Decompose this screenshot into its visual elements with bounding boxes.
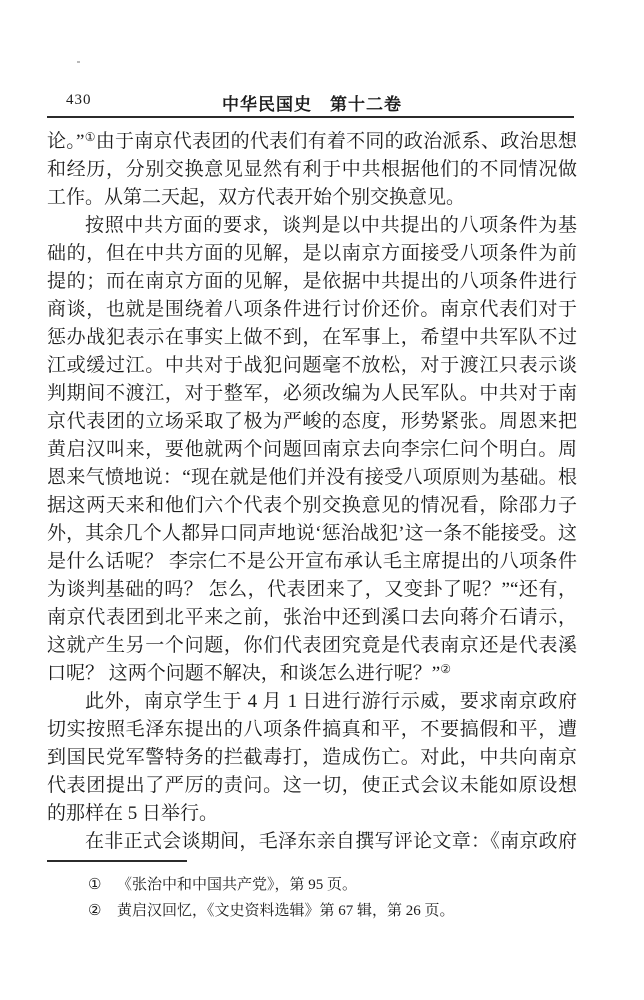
footnotes: ①《张治中和中国共产党》，第 95 页。②黄启汉回忆，《文史资料选辑》第 67 … xyxy=(47,872,577,924)
footnote-text: 黄启汉回忆，《文史资料选辑》第 67 辑，第 26 页。 xyxy=(117,898,577,924)
footnote-divider xyxy=(47,860,187,862)
footnote-ref: ① xyxy=(84,130,95,144)
book-page: 430 中华民国史 第十二卷 论。”①由于南京代表团的代表们有着不同的政治派系、… xyxy=(0,0,644,1000)
scan-artifact-dot xyxy=(77,61,80,63)
running-title: 中华民国史 第十二卷 xyxy=(47,90,577,115)
footnote-item: ②黄启汉回忆，《文史资料选辑》第 67 辑，第 26 页。 xyxy=(47,898,577,924)
paragraph: 此外，南京学生于 4 月 1 日进行游行示威，要求南京政府切实按照毛泽东提出的八… xyxy=(47,688,577,828)
footnote-marker: ① xyxy=(88,872,117,898)
paragraph: 在非正式会谈期间，毛泽东亲自撰写评论文章：《南京政府向何处去？》，于 4 月 5… xyxy=(47,828,577,854)
footnote-item: ①《张治中和中国共产党》，第 95 页。 xyxy=(47,872,577,898)
paragraph: 按照中共方面的要求，谈判是以中共提出的八项条件为基础的，但在中共方面的见解，是以… xyxy=(47,212,577,688)
footnote-ref: ② xyxy=(440,662,451,676)
page-header: 430 中华民国史 第十二卷 xyxy=(47,90,577,114)
footnote-marker: ② xyxy=(88,898,117,924)
paragraph: 论。”①由于南京代表团的代表们有着不同的政治派系、政治思想和经历，分别交换意见显… xyxy=(47,128,577,212)
header-rule xyxy=(47,116,574,118)
body-text: 论。”①由于南京代表团的代表们有着不同的政治派系、政治思想和经历，分别交换意见显… xyxy=(47,128,577,854)
footnote-text: 《张治中和中国共产党》，第 95 页。 xyxy=(117,872,577,898)
